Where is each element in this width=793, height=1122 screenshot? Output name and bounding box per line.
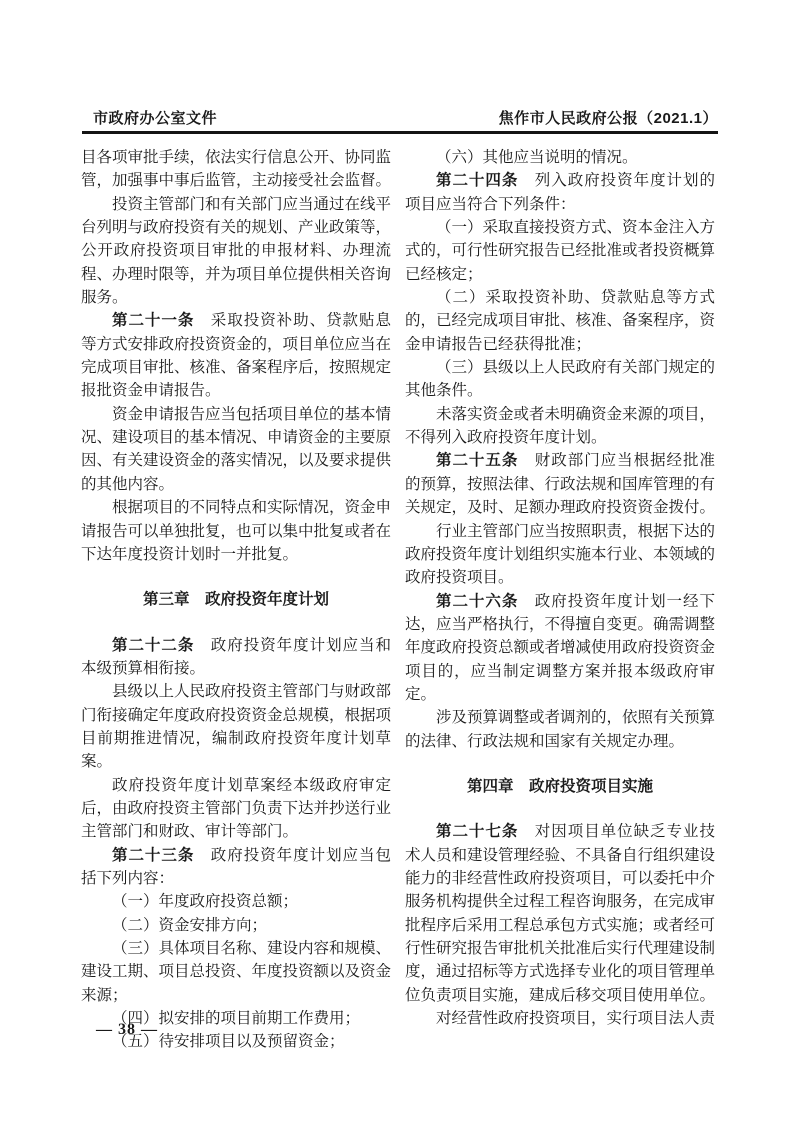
list-item: （三）具体项目名称、建设内容和规模、建设工期、项目总投资、年度投资额以及资金来源… <box>81 937 391 1007</box>
paragraph: 涉及预算调整或者调剂的，依照有关预算的法律、行政法规和国家有关规定办理。 <box>405 706 715 753</box>
paragraph: 县级以上人民政府投资主管部门与财政部门衔接确定年度政府投资资金总规模，根据项目前… <box>81 680 391 773</box>
header-rule <box>82 131 718 134</box>
paragraph: 投资主管部门和有关部门应当通过在线平台列明与政府投资有关的规划、产业政策等，公开… <box>81 193 391 310</box>
header-gazette-title: 焦作市人民政府公报（2021.1） <box>499 107 718 128</box>
article-paragraph: 第二十一条 采取投资补助、贷款贴息等方式安排政府投资资金的，项目单位应当在完成项… <box>81 309 391 402</box>
chapter-heading: 第四章 政府投资项目实施 <box>405 775 715 798</box>
article-paragraph: 第二十三条 政府投资年度计划应当包括下列内容： <box>81 844 391 891</box>
article-number: 第二十五条 <box>436 452 518 469</box>
list-item: （二）采取投资补助、贷款贴息等方式的，已经完成项目审批、核准、备案程序，资金申请… <box>405 286 715 356</box>
article-paragraph: 第二十四条 列入政府投资年度计划的项目应当符合下列条件： <box>405 169 715 216</box>
continuation-paragraph: 目各项审批手续，依法实行信息公开、协同监管，加强事中事后监管，主动接受社会监督。 <box>81 146 391 193</box>
header-document-type: 市政府办公室文件 <box>82 107 217 128</box>
list-item: （二）资金安排方向； <box>81 914 391 937</box>
article-number: 第二十六条 <box>436 593 518 610</box>
article-paragraph: 第二十六条 政府投资年度计划一经下达，应当严格执行，不得擅自变更。确需调整年度政… <box>405 590 715 707</box>
article-number: 第二十一条 <box>112 312 194 329</box>
page-header: 市政府办公室文件 焦作市人民政府公报（2021.1） <box>82 107 718 128</box>
article-paragraph: 第二十二条 政府投资年度计划应当和本级预算相衔接。 <box>81 634 391 681</box>
list-item: （三）县级以上人民政府有关部门规定的其他条件。 <box>405 356 715 403</box>
article-number: 第二十四条 <box>436 172 518 189</box>
right-column: （六）其他应当说明的情况。 第二十四条 列入政府投资年度计划的项目应当符合下列条… <box>405 146 715 1030</box>
paragraph: 未落实资金或者未明确资金来源的项目，不得列入政府投资年度计划。 <box>405 403 715 450</box>
article-paragraph: 第二十五条 财政部门应当根据经批准的预算，按照法律、行政法规和国库管理的有关规定… <box>405 449 715 519</box>
paragraph: 资金申请报告应当包括项目单位的基本情况、建设项目的基本情况、申请资金的主要原因、… <box>81 403 391 496</box>
article-number: 第二十三条 <box>112 847 194 864</box>
article-paragraph: 第二十七条 对因项目单位缺乏专业技术人员和建设管理经验、不具备自行组织建设能力的… <box>405 820 715 1007</box>
paragraph: 对经营性政府投资项目，实行项目法人责 <box>405 1007 715 1030</box>
paragraph: 行业主管部门应当按照职责，根据下达的政府投资年度计划组织实施本行业、本领域的政府… <box>405 520 715 590</box>
paragraph: 政府投资年度计划草案经本级政府审定后，由政府投资主管部门负责下达并抄送行业主管部… <box>81 774 391 844</box>
gazette-page: 市政府办公室文件 焦作市人民政府公报（2021.1） 目各项审批手续，依法实行信… <box>0 0 793 1122</box>
article-text: 对因项目单位缺乏专业技术人员和建设管理经验、不具备自行组织建设能力的非经营性政府… <box>405 823 715 1003</box>
paragraph: 根据项目的不同特点和实际情况，资金申请报告可以单独批复，也可以集中批复或者在下达… <box>81 496 391 566</box>
page-number: — 38 — <box>96 1021 158 1039</box>
left-column: 目各项审批手续，依法实行信息公开、协同监管，加强事中事后监管，主动接受社会监督。… <box>81 146 391 1054</box>
list-item: （一）年度政府投资总额； <box>81 890 391 913</box>
chapter-heading: 第三章 政府投资年度计划 <box>81 588 391 611</box>
list-item: （一）采取直接投资方式、资本金注入方式的，可行性研究报告已经批准或者投资概算已经… <box>405 216 715 286</box>
article-number: 第二十七条 <box>436 823 518 840</box>
list-item: （六）其他应当说明的情况。 <box>405 146 715 169</box>
article-number: 第二十二条 <box>112 637 194 654</box>
